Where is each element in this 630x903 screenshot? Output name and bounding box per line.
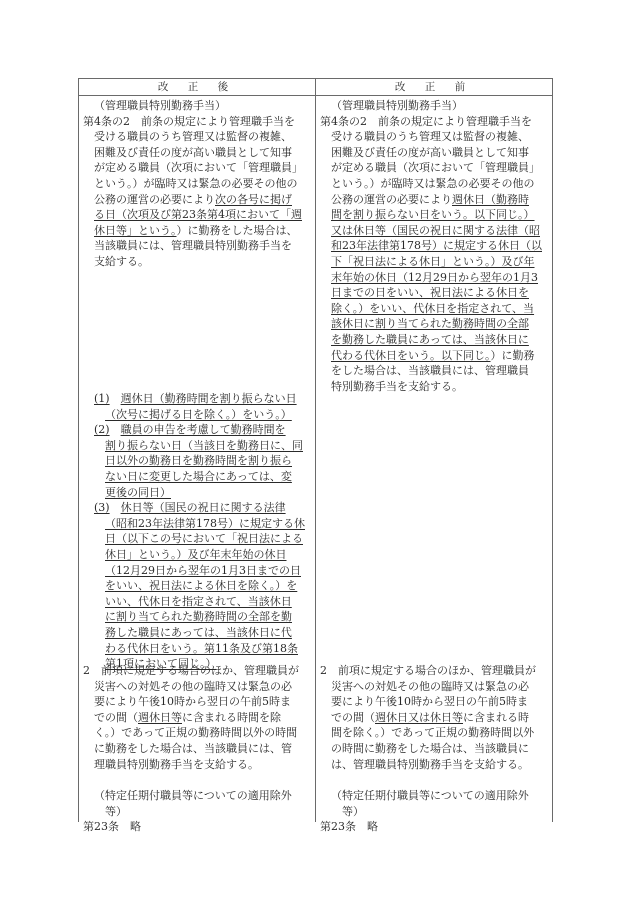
article-line: が定める職員（次項において「管理職員」: [83, 160, 311, 176]
header-after: 改 正 後: [79, 79, 315, 95]
paragraph-line: 要により午後10時から翌日の午前5時ま: [83, 694, 299, 710]
list-item-line: に割り当てられた勤務時間の全部を勤: [94, 609, 305, 625]
comparison-table: 改 正 後 改 正 前 （管理職員特別勤務手当） 第4条の2 前条の規定により管…: [78, 78, 553, 822]
list-item-line: （次号に掲げる日を除く。）をいう。）: [94, 407, 305, 423]
article-23-text: 第23条 略: [320, 819, 529, 835]
paragraph-line: 2 前項に規定する場合のほか、管理職員が: [320, 663, 536, 679]
item-number: (2): [94, 423, 110, 436]
amended-text: いい、代休日を指定されて、当該休日: [105, 595, 292, 608]
list-item-line: （12月29日から翌年の1月3日までの日: [94, 563, 305, 579]
paragraph-line: は、管理職員特別勤務手当を支給する。: [320, 757, 536, 773]
article-line: 支給する。: [83, 254, 311, 270]
text: 公務の運営の必要により: [94, 193, 215, 206]
article-line: 特別勤務手当を支給する。: [320, 379, 548, 395]
amended-text: （昭和23年法律第178号）に規定する休: [105, 517, 305, 530]
article-line: 代わる代休日をいう。以下同じ。）に勤務: [320, 348, 548, 364]
paragraph-line: 間を除く。）であって正規の勤務時間以外: [320, 725, 536, 741]
list-item-line: をいい、祝日法による休日を除く。）を: [94, 578, 305, 594]
text: に含まれる時: [463, 711, 529, 724]
caption-exemption: （特定任期付職員等についての適用除外: [83, 788, 292, 804]
caption-exemption: 等）: [320, 804, 529, 820]
header-before: 改 正 前: [316, 79, 552, 95]
text: での間（: [331, 711, 375, 724]
list-item-line: 更後の同日）: [94, 485, 305, 501]
article-line: という。）が臨時又は緊急の必要その他の: [320, 176, 548, 192]
article-line: る日（次項及び第23条第4項において「週: [83, 207, 311, 223]
amended-text: 間を割り振らない日をいう。以下同じ。）: [331, 208, 535, 221]
paragraph-line: 災害への対処その他の臨時又は緊急の必: [83, 679, 299, 695]
amended-text: 週休日又は休日等: [375, 711, 463, 724]
amended-text: （次号に掲げる日を除く。）をいう。）: [105, 408, 292, 421]
article-line: 困難及び責任の度が高い職員として知事: [83, 145, 311, 161]
paragraph-line: の時間に勤務をした場合は、当該職員に: [320, 741, 536, 757]
article-line: 末年始の休日（12月29日から翌年の1月3: [320, 270, 548, 286]
article-line: を勤務した職員にあっては、当該休日に: [320, 332, 548, 348]
article-line: が定める職員（次項において「管理職員」: [320, 160, 548, 176]
amended-text: 下「祝日法による休日」という。）及び年: [331, 255, 535, 268]
list-item-line: いい、代休日を指定されて、当該休日: [94, 594, 305, 610]
amended-text: 日（以下この号において「祝日法による: [105, 532, 303, 545]
article-23-text: 第23条 略: [83, 819, 292, 835]
amended-text: 又は休日等（国民の祝日に関する法律（昭: [331, 224, 540, 237]
amended-text: 割り振らない日（当該日を勤務日に、同: [105, 439, 303, 452]
amended-text: 休日等」という。: [94, 224, 177, 237]
list-item: (2) 職員の申告を考慮して勤務時間を: [94, 422, 305, 438]
article-line: 受ける職員のうち管理又は監督の複雑、: [320, 129, 548, 145]
item-number: (3): [94, 501, 110, 514]
article-line: という。）が臨時又は緊急の必要その他の: [83, 176, 311, 192]
article-line: 又は休日等（国民の祝日に関する法律（昭: [320, 223, 548, 239]
caption-exemption: （特定任期付職員等についての適用除外: [320, 788, 529, 804]
item-number: (1): [94, 392, 110, 405]
list-item: (3) 休日等（国民の祝日に関する法律: [94, 500, 305, 516]
caption-exemption: 等）: [83, 804, 292, 820]
article-line: 該休日に割り当てられた勤務時間の全部: [320, 316, 548, 332]
paragraph-2: 2 前項に規定する場合のほか、管理職員が 災害への対処その他の臨時又は緊急の必 …: [83, 663, 299, 772]
amended-text: 週休日（勤務時: [452, 193, 529, 206]
paragraph-line: 理職員特別勤務手当を支給する。: [83, 757, 299, 773]
column-before: （管理職員特別勤務手当） 第4条の2 前条の規定により管理職手当を 受ける職員の…: [320, 98, 548, 394]
article-line: 第4条の2 前条の規定により管理職手当を: [320, 114, 548, 130]
article-23: （特定任期付職員等についての適用除外 等） 第23条 略: [320, 788, 529, 835]
text: での間（: [94, 711, 138, 724]
article-line: 公務の運営の必要により週休日（勤務時: [320, 192, 548, 208]
caption-special-allowance: （管理職員特別勤務手当）: [83, 98, 311, 114]
list-item-line: （昭和23年法律第178号）に規定する休: [94, 516, 305, 532]
article-line: 当該職員には、管理職員特別勤務手当を: [83, 238, 311, 254]
amended-text: 除く。）をいい、代休日を指定されて、当: [331, 302, 534, 315]
paragraph-line: く。）であって正規の勤務時間以外の時間: [83, 725, 299, 741]
article-line: 除く。）をいい、代休日を指定されて、当: [320, 301, 548, 317]
amended-text: 休日等（国民の祝日に関する法律: [121, 501, 286, 514]
article-line: 和23年法律第178号）に規定する休日（以: [320, 238, 548, 254]
amended-text: 和23年法律第178号）に規定する休日（以: [331, 239, 542, 252]
article-line: 休日等」という。）に勤務をした場合は、: [83, 223, 311, 239]
article-line: 受ける職員のうち管理又は監督の複雑、: [83, 129, 311, 145]
list-item: (1) 週休日（勤務時間を割り振らない日: [94, 391, 305, 407]
text: ）に勤務をした場合は、: [177, 224, 298, 237]
amended-text: をいい、祝日法による休日を除く。）を: [105, 579, 297, 592]
list-item-line: 日（以下この号において「祝日法による: [94, 531, 305, 547]
list-item-line: 休日」という。）及び年末年始の休日: [94, 547, 305, 563]
amended-text: 該休日に割り当てられた勤務時間の全部: [331, 317, 529, 330]
article-line: 困難及び責任の度が高い職員として知事: [320, 145, 548, 161]
article-line: 公務の運営の必要により次の各号に掲げ: [83, 192, 311, 208]
list-item-line: 日以外の勤務日を勤務時間を割り振ら: [94, 453, 305, 469]
amended-text: る日（次項及び第23条第4項において「週: [94, 208, 302, 221]
article-line: 日までの日をいい、祝日法による休日を: [320, 285, 548, 301]
text: ）に勤務: [491, 349, 535, 362]
column-divider: [315, 79, 316, 822]
article-line: 下「祝日法による休日」という。）及び年: [320, 254, 548, 270]
amended-text: 更後の同日）: [105, 486, 171, 499]
list-item-line: 務した職員にあっては、当該休日に代: [94, 625, 305, 641]
amended-text: 週休日（勤務時間を割り振らない日: [121, 392, 297, 405]
amended-text: に割り当てられた勤務時間の全部を勤: [105, 610, 292, 623]
paragraph-line: に勤務をした場合は、当該職員には、管: [83, 741, 299, 757]
amended-text: 週休日等: [138, 711, 182, 724]
article-line: をした場合は、当該職員には、管理職員: [320, 363, 548, 379]
amended-text: （12月29日から翌年の1月3日までの日: [105, 564, 301, 577]
text: 公務の運営の必要により: [331, 193, 452, 206]
text: に含まれる時間を除: [182, 711, 281, 724]
article-line: 第4条の2 前条の規定により管理職手当を: [83, 114, 311, 130]
amended-text: を勤務した職員にあっては、当該休日に: [331, 333, 529, 346]
article-23: （特定任期付職員等についての適用除外 等） 第23条 略: [83, 788, 292, 835]
list-item-line: ない日に変更した場合にあっては、変: [94, 469, 305, 485]
item-list: (1) 週休日（勤務時間を割り振らない日 （次号に掲げる日を除く。）をいう。） …: [94, 391, 305, 672]
amended-text: ない日に変更した場合にあっては、変: [105, 470, 292, 483]
amended-text: 日までの日をいい、祝日法による休日を: [331, 286, 529, 299]
paragraph-line: 要により午後10時から翌日の午前5時ま: [320, 694, 536, 710]
paragraph-line: 2 前項に規定する場合のほか、管理職員が: [83, 663, 299, 679]
caption-special-allowance: （管理職員特別勤務手当）: [320, 98, 548, 114]
amended-text: 務した職員にあっては、当該休日に代: [105, 626, 292, 639]
column-after: （管理職員特別勤務手当） 第4条の2 前条の規定により管理職手当を 受ける職員の…: [83, 98, 311, 270]
amended-text: 休日」という。）及び年末年始の休日: [105, 548, 287, 561]
article-line: 間を割り振らない日をいう。以下同じ。）: [320, 207, 548, 223]
amended-text: わる代休日をいう。第11条及び第18条: [105, 642, 298, 655]
paragraph-line: 災害への対処その他の臨時又は緊急の必: [320, 679, 536, 695]
paragraph-line: での間（週休日又は休日等に含まれる時: [320, 710, 536, 726]
amended-text: 職員の申告を考慮して勤務時間を: [121, 423, 286, 436]
list-item-line: 割り振らない日（当該日を勤務日に、同: [94, 438, 305, 454]
amended-text: 次の各号に掲げ: [215, 193, 292, 206]
amended-text: 末年始の休日（12月29日から翌年の1月3: [331, 271, 538, 284]
amended-text: 日以外の勤務日を勤務時間を割り振ら: [105, 454, 292, 467]
list-item-line: わる代休日をいう。第11条及び第18条: [94, 641, 305, 657]
paragraph-line: での間（週休日等に含まれる時間を除: [83, 710, 299, 726]
amended-text: 代わる代休日をいう。以下同じ。: [331, 349, 491, 362]
paragraph-2: 2 前項に規定する場合のほか、管理職員が 災害への対処その他の臨時又は緊急の必 …: [320, 663, 536, 772]
